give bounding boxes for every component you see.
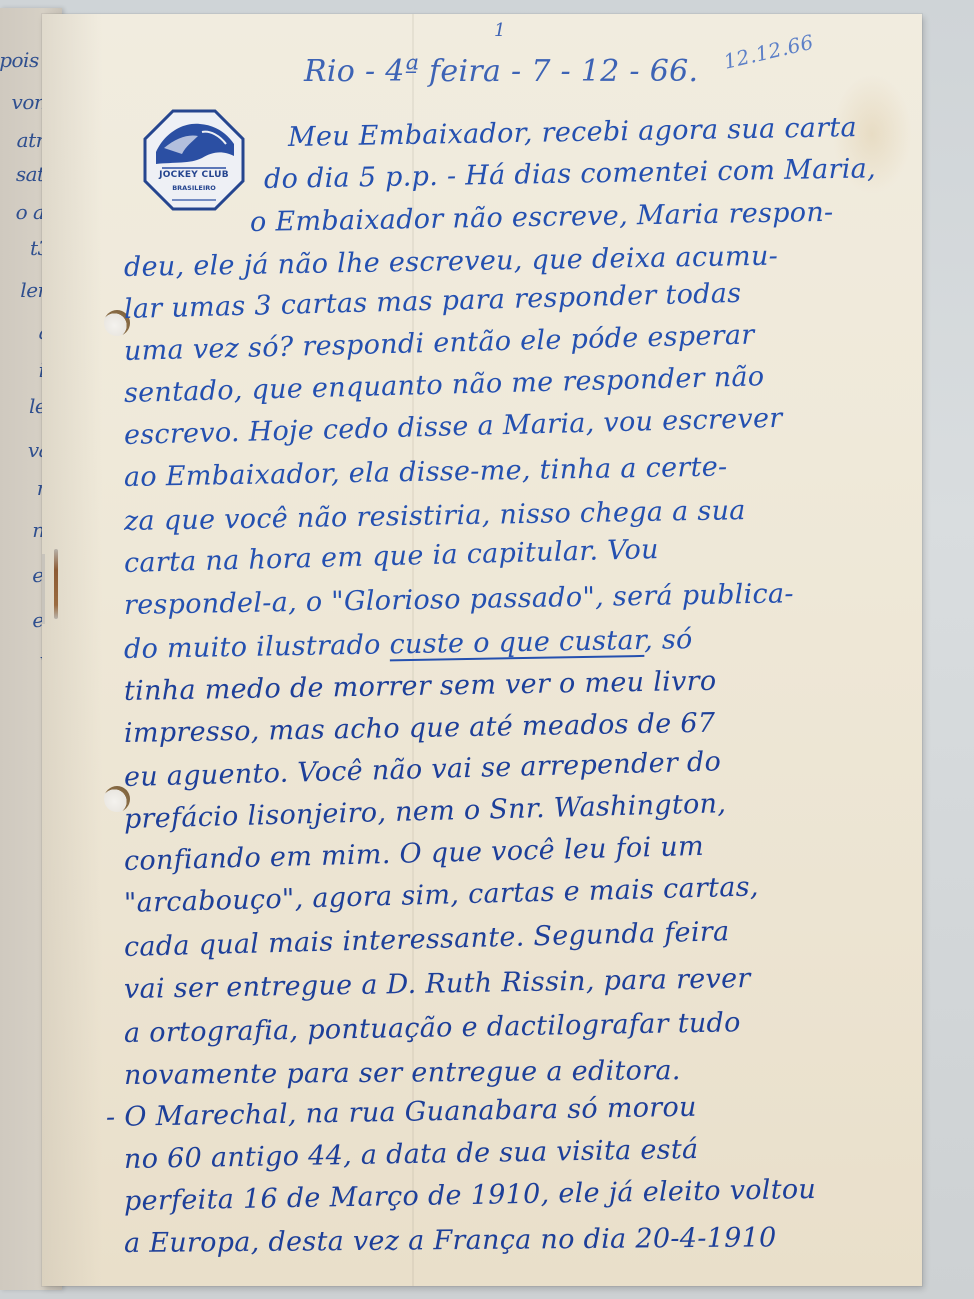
staple-icon (42, 554, 45, 624)
letter-page: JOCKEY CLUB BRASILEIRO 1 Rio - 4ª feira … (42, 14, 922, 1286)
letter-line: deu, ele já não lhe escreveu, que deixa … (124, 241, 779, 283)
logo-subtitle: BRASILEIRO (142, 184, 246, 192)
logo-title: JOCKEY CLUB (142, 170, 246, 180)
letter-line: sentado, que enquanto não me responder n… (124, 361, 765, 409)
letter-line: carta na hora em que ia capitular. Vou (124, 534, 660, 579)
letter-line: o Embaixador não escreve, Maria respon- (250, 197, 834, 238)
letter-line: no 60 antigo 44, a data de sua visita es… (124, 1134, 699, 1175)
letter-line-with-underline: do muito ilustrado custe o que custar, s… (124, 624, 693, 665)
letter-line: do dia 5 p.p. - Há dias comentei com Mar… (264, 153, 876, 195)
letter-line: respondel-a, o "Glorioso passado", será … (124, 578, 794, 621)
staple-icon (54, 549, 58, 619)
letter-line: escrevo. Hoje cedo disse a Maria, vou es… (124, 403, 783, 451)
letter-line: prefácio lisonjeiro, nem o Snr. Washingt… (124, 788, 727, 835)
letter-text: do muito ilustrado custe o que custar, s… (124, 624, 693, 665)
received-date-note: 12.12.66 (721, 30, 816, 74)
letter-line: uma vez só? respondi então ele póde espe… (124, 319, 755, 366)
letter-line: za que você não resistiria, nisso chega … (124, 495, 746, 537)
letter-line: vai ser entregue a D. Ruth Rissin, para … (124, 963, 751, 1005)
letter-line: eu aguento. Você não vai se arrepender d… (124, 746, 722, 793)
letter-line: - O Marechal, na rua Guanabara só morou (106, 1092, 697, 1133)
dateline: Rio - 4ª feira - 7 - 12 - 66. (304, 54, 698, 89)
page-number: 1 (494, 20, 506, 41)
letter-line: lar umas 3 cartas mas para responder tod… (124, 278, 742, 325)
letter-line: cada qual mais interessante. Segunda fei… (124, 916, 730, 963)
letter-line: a ortografia, pontuação e dactilografar … (124, 1007, 741, 1049)
photo-background: pois a vons atre sata o ao t3- lem al io… (0, 0, 974, 1299)
underlined-phrase: custe o que custar (389, 625, 644, 660)
letter-line: novamente para ser entregue a editora. (124, 1055, 681, 1091)
jockey-club-logo: JOCKEY CLUB BRASILEIRO (142, 108, 246, 212)
letter-line: perfeita 16 de Março de 1910, ele já ele… (124, 1174, 817, 1217)
letter-line: impresso, mas acho que até meados de 67 (124, 708, 716, 749)
letter-line: "arcabouço", agora sim, cartas e mais ca… (124, 871, 759, 919)
letter-line: Meu Embaixador, recebi agora sua carta (288, 112, 857, 153)
horse-emblem-icon (142, 108, 246, 212)
letter-line: tinha medo de morrer sem ver o meu livro (124, 666, 717, 707)
letter-line: a Europa, desta vez a França no dia 20-4… (124, 1222, 777, 1259)
letter-line: ao Embaixador, ela disse-me, tinha a cer… (124, 451, 728, 493)
